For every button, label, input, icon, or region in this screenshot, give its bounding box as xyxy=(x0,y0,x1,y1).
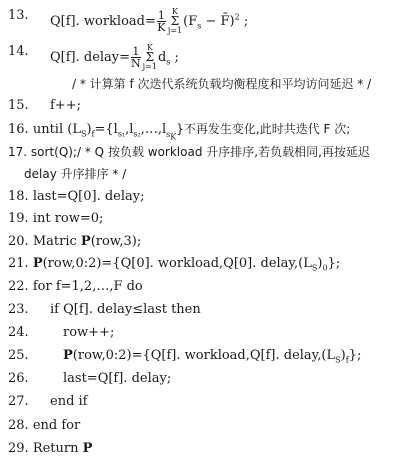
algorithm-line-15: 15. f++; xyxy=(8,98,29,114)
algorithm-line-20: 20. Matric P(row,3); xyxy=(8,234,141,250)
code-text: f++; xyxy=(50,98,81,114)
algorithm-line-27: 27. end if xyxy=(8,394,29,410)
algorithm-line-23: 23. if Q[f]. delay≤last then xyxy=(8,302,29,318)
algorithm-line-13: 13. Q[f]. workload=1KKΣj=1(Fs − F̄)2 ; xyxy=(8,8,29,24)
algorithm-line-28: 28. end for xyxy=(8,418,80,434)
algorithm-line-16: 16. until (LS)f={ls₁,ls₂,…,lsK}不再发生变化,此时… xyxy=(8,121,350,145)
algorithm-line-22: 22. for f=1,2,…,F do xyxy=(8,279,143,295)
line-number: 22. xyxy=(8,279,29,294)
line-number: 21. xyxy=(8,256,29,271)
line-number: 25. xyxy=(8,348,29,363)
algorithm-line-24: 24. row++; xyxy=(8,325,29,341)
line-number: 20. xyxy=(8,234,29,249)
fraction: 1K xyxy=(157,10,166,33)
algorithm-line-17-cont: delay 升序排序 * / xyxy=(24,166,126,182)
line-number: 18. xyxy=(8,189,29,204)
line-number: 13. xyxy=(8,8,29,24)
line-number: 16. xyxy=(8,122,29,137)
line-number: 26. xyxy=(8,371,29,386)
summation: KΣj=1 xyxy=(143,44,157,71)
line-number: 14. xyxy=(8,44,29,60)
algorithm-line-17: 17. sort(Q);/ * Q 按负载 workload 升序排序,若负载相… xyxy=(8,144,370,160)
line-number: 29. xyxy=(8,441,29,456)
algorithm-line-19: 19. int row=0; xyxy=(8,211,103,227)
line-number: 15. xyxy=(8,98,29,114)
formula-text: Q[f]. delay= xyxy=(50,50,130,65)
line-number: 27. xyxy=(8,394,29,409)
line-number: 28. xyxy=(8,418,29,433)
algorithm-line-29: 29. Return P xyxy=(8,441,92,456)
fraction: 1N xyxy=(131,46,141,69)
line-number: 23. xyxy=(8,302,29,317)
algorithm-line-25: 25. P(row,0:2)={Q[f]. workload,Q[f]. del… xyxy=(8,348,29,364)
formula-text: Q[f]. workload= xyxy=(50,14,156,29)
summation: KΣj=1 xyxy=(168,8,182,35)
line-number: 24. xyxy=(8,325,29,340)
algorithm-line-21: 21. P(row,0:2)={Q[0]. workload,Q[0]. del… xyxy=(8,256,340,277)
algorithm-line-14: 14. Q[f]. delay=1NKΣj=1ds ; xyxy=(8,44,29,60)
algorithm-line-18: 18. last=Q[0]. delay; xyxy=(8,189,145,205)
line-number: 19. xyxy=(8,211,29,226)
algorithm-line-26: 26. last=Q[f]. delay; xyxy=(8,371,29,387)
line-number: 17. xyxy=(8,145,27,159)
algorithm-comment: / * 计算第 f 次迭代系统负载均衡程度和平均访问延迟 * / xyxy=(72,76,371,92)
